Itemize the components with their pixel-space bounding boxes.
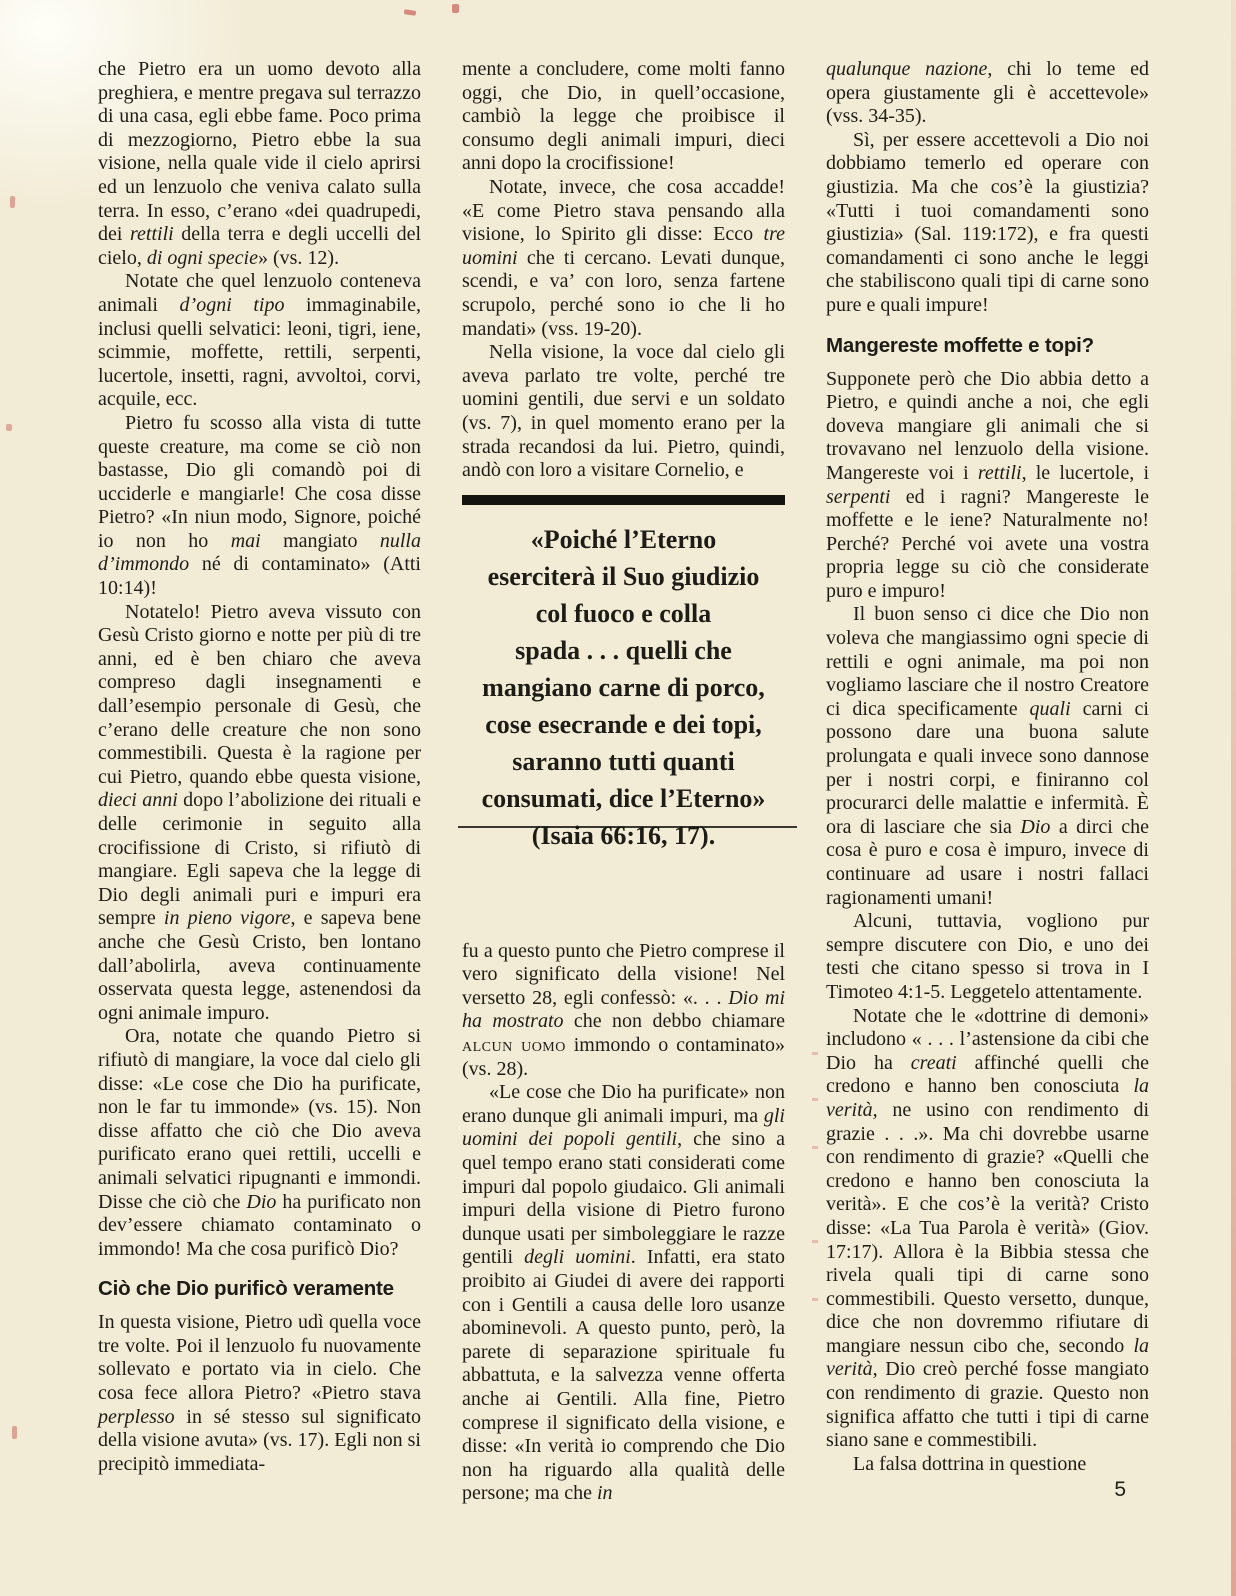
section-heading: Ciò che Dio purificò veramente <box>98 1277 421 1301</box>
quote-line: cose esecrande e dei topi, <box>462 706 785 743</box>
paragraph: Supponete però che Dio abbia detto a Pie… <box>826 368 1149 604</box>
illustration-whitespace <box>462 854 785 940</box>
paragraph: qualunque nazione, chi lo teme ed opera … <box>826 58 1149 129</box>
scan-edge-artifact <box>1231 0 1236 1596</box>
italic-text: perplesso <box>98 1406 175 1428</box>
paragraph: Il buon senso ci dice che Dio non voleva… <box>826 603 1149 910</box>
quote-line: consumati, dice l’Eterno» <box>462 780 785 817</box>
quote-line: «Poiché l’Eterno <box>462 521 785 558</box>
quote-line: saranno tutti quanti <box>462 743 785 780</box>
smallcaps-text: alcun uomo <box>462 1034 566 1056</box>
scan-speck-artifact <box>10 196 15 208</box>
scripture-quote-block: «Poiché l’Eternoeserciterà il Suo giudiz… <box>462 495 785 854</box>
divider-rule <box>462 495 785 505</box>
scan-speck-artifact <box>12 1426 17 1439</box>
column-3: qualunque nazione, chi lo teme ed opera … <box>826 58 1149 1506</box>
italic-text: qualunque nazione <box>826 58 987 80</box>
paragraph: Sì, per essere accettevoli a Dio noi dob… <box>826 129 1149 318</box>
italic-text: quali <box>1030 698 1071 720</box>
column-1: che Pietro era un uomo devoto alla pregh… <box>98 58 421 1506</box>
quote-line: spada . . . quelli che <box>462 632 785 669</box>
italic-text: serpenti <box>826 486 890 508</box>
page-number: 5 <box>1114 1478 1126 1502</box>
italic-text: Dio mi ha mostrato <box>462 987 785 1033</box>
paragraph: che Pietro era un uomo devoto alla pregh… <box>98 58 421 270</box>
italic-text: d’ogni tipo <box>180 294 285 316</box>
italic-text: Dio <box>1020 816 1050 838</box>
quote-citation: (Isaia 66:16, 17). <box>462 817 785 854</box>
quote-line: mangiano carne di porco, <box>462 669 785 706</box>
italic-text: dieci anni <box>98 789 178 811</box>
paragraph: Alcuni, tuttavia, vogliono pur sempre di… <box>826 910 1149 1004</box>
italic-text: la verità <box>826 1075 1149 1121</box>
paragraph: «Le cose che Dio ha purificate» non eran… <box>462 1081 785 1506</box>
scanned-magazine-page: che Pietro era un uomo devoto alla pregh… <box>0 0 1236 1596</box>
section-heading: Mangereste moffette e topi? <box>826 334 1149 358</box>
quote-line: eserciterà il Suo giudizio <box>462 558 785 595</box>
scan-speck-artifact <box>452 4 459 13</box>
text-columns: che Pietro era un uomo devoto alla pregh… <box>98 58 1149 1506</box>
paragraph: Notatelo! Pietro aveva vissuto con Gesù … <box>98 601 421 1026</box>
italic-text: creati <box>911 1052 957 1074</box>
scan-speck-artifact <box>6 424 12 431</box>
italic-text: in <box>597 1482 613 1504</box>
paragraph: Pietro fu scosso alla vista di tutte que… <box>98 412 421 601</box>
paragraph: mente a concludere, come molti fanno ogg… <box>462 58 785 176</box>
italic-text: in pieno vigore <box>164 907 291 929</box>
quote-line: col fuoco e colla <box>462 595 785 632</box>
italic-text: mai <box>231 530 261 552</box>
italic-text: degli uomini <box>524 1246 631 1268</box>
paragraph: Notate che quel lenzuolo conteneva anima… <box>98 270 421 412</box>
column-2: mente a concludere, come molti fanno ogg… <box>462 58 785 1506</box>
paragraph: La falsa dottrina in questione <box>826 1453 1149 1477</box>
italic-text: rettili <box>978 462 1022 484</box>
italic-text: di ogni specie <box>147 247 258 269</box>
scan-speck-artifact <box>404 9 417 16</box>
italic-text: tre uomini <box>462 223 785 269</box>
italic-text: rettili <box>130 223 174 245</box>
paragraph: fu a questo punto che Pietro comprese il… <box>462 940 785 1082</box>
italic-text: la verità <box>826 1335 1149 1381</box>
paragraph: Notate che le «dottrine di demoni» inclu… <box>826 1005 1149 1453</box>
paragraph: Ora, notate che quando Pietro si rifiutò… <box>98 1025 421 1261</box>
paragraph: Nella visione, la voce dal cielo gli ave… <box>462 341 785 483</box>
paragraph: In questa visione, Pietro udì quella voc… <box>98 1311 421 1476</box>
italic-text: Dio <box>246 1191 276 1213</box>
italic-text: gli uomini dei popoli gentili <box>462 1105 785 1151</box>
paragraph: Notate, invece, che cosa accadde! «E com… <box>462 176 785 341</box>
